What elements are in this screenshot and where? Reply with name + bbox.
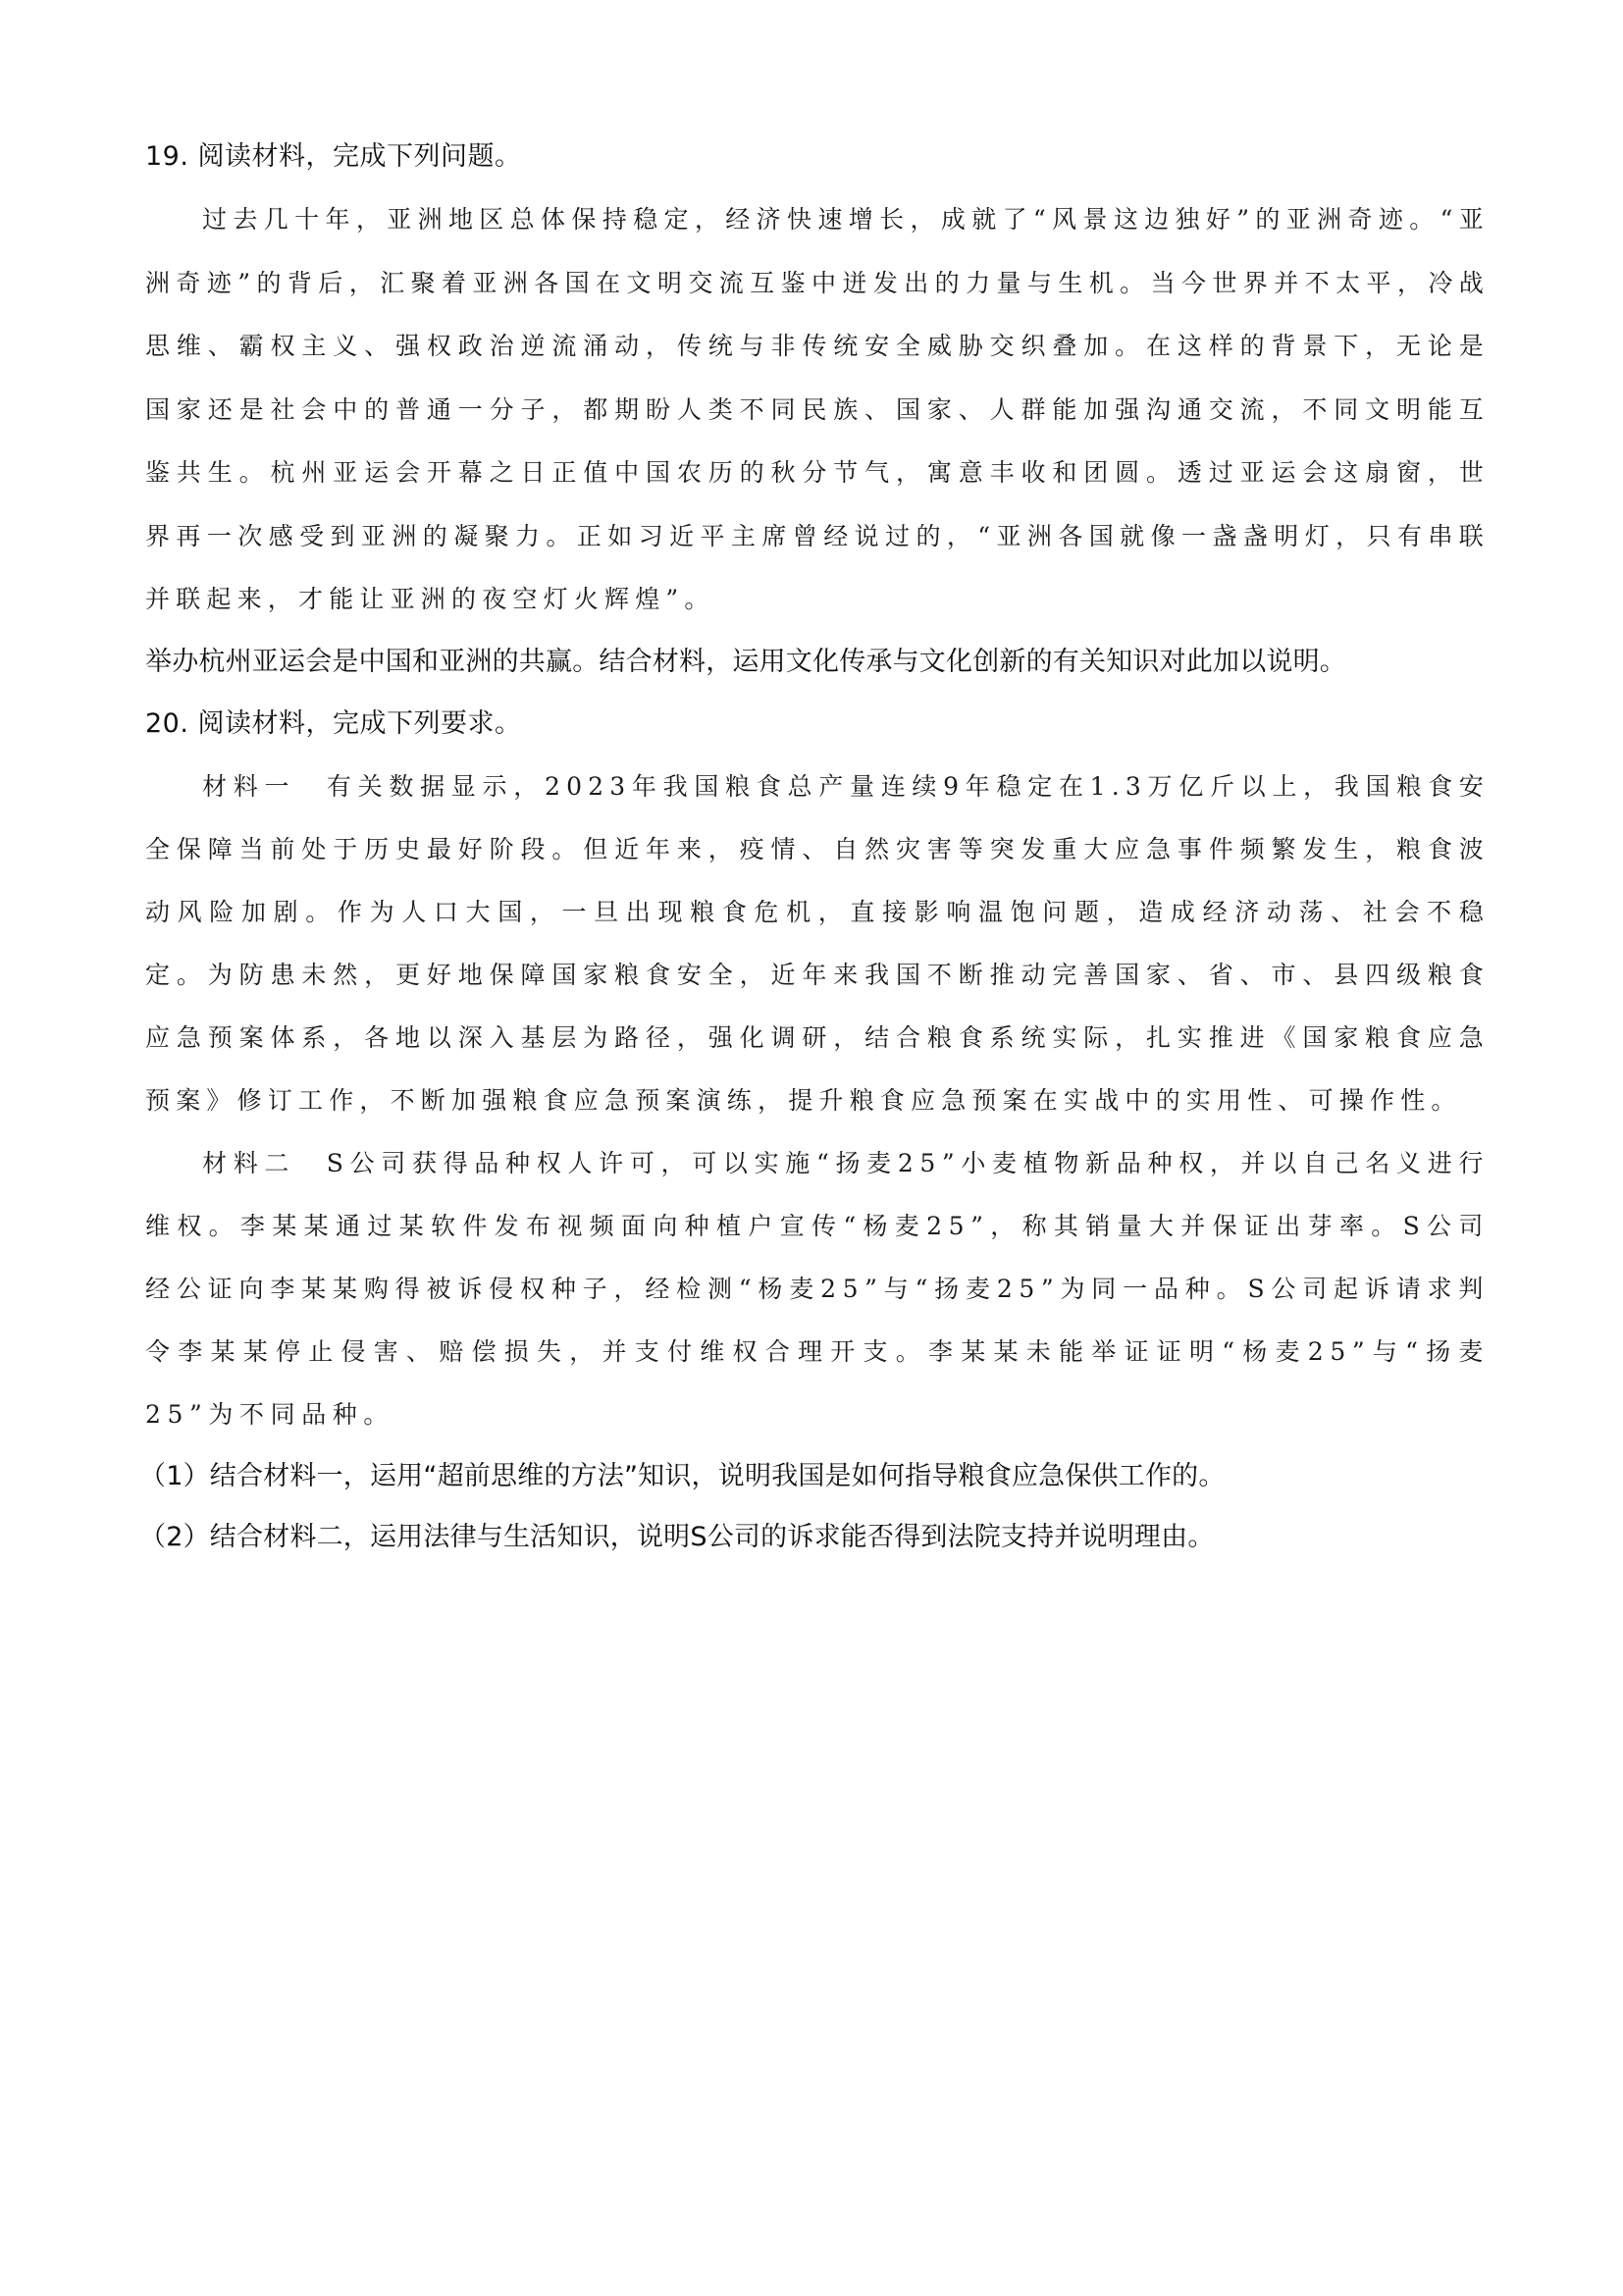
question-20-material-2: 材料二 S公司获得品种权人许可，可以实施“扬麦25”小麦植物新品种权，并以自己名… (145, 1132, 1490, 1446)
question-20-title: 20. 阅读材料，完成下列要求。 (145, 693, 1490, 756)
question-19-title: 19. 阅读材料，完成下列问题。 (145, 126, 1490, 188)
question-20-sub-question-2: （2）结合材料二，运用法律与生活知识，说明S公司的诉求能否得到法院支持并说明理由… (139, 1507, 1490, 1568)
question-19: 19. 阅读材料，完成下列问题。 过去几十年，亚洲地区总体保持稳定，经济快速增长… (145, 126, 1490, 693)
question-20-material-1: 材料一 有关数据显示，2023年我国粮食总产量连续9年稳定在1.3万亿斤以上，我… (145, 756, 1490, 1132)
question-19-prompt: 举办杭州亚运会是中国和亚洲的共赢。结合材料，运用文化传承与文化创新的有关知识对此… (145, 632, 1490, 693)
question-20-sub-question-1: （1）结合材料一，运用“超前思维的方法”知识，说明我国是如何指导粮食应急保供工作… (139, 1446, 1490, 1507)
exam-page: 19. 阅读材料，完成下列问题。 过去几十年，亚洲地区总体保持稳定，经济快速增长… (145, 126, 1490, 1568)
question-19-material: 过去几十年，亚洲地区总体保持稳定，经济快速增长，成就了“风景这边独好”的亚洲奇迹… (145, 188, 1490, 632)
question-20: 20. 阅读材料，完成下列要求。 材料一 有关数据显示，2023年我国粮食总产量… (145, 693, 1490, 1568)
